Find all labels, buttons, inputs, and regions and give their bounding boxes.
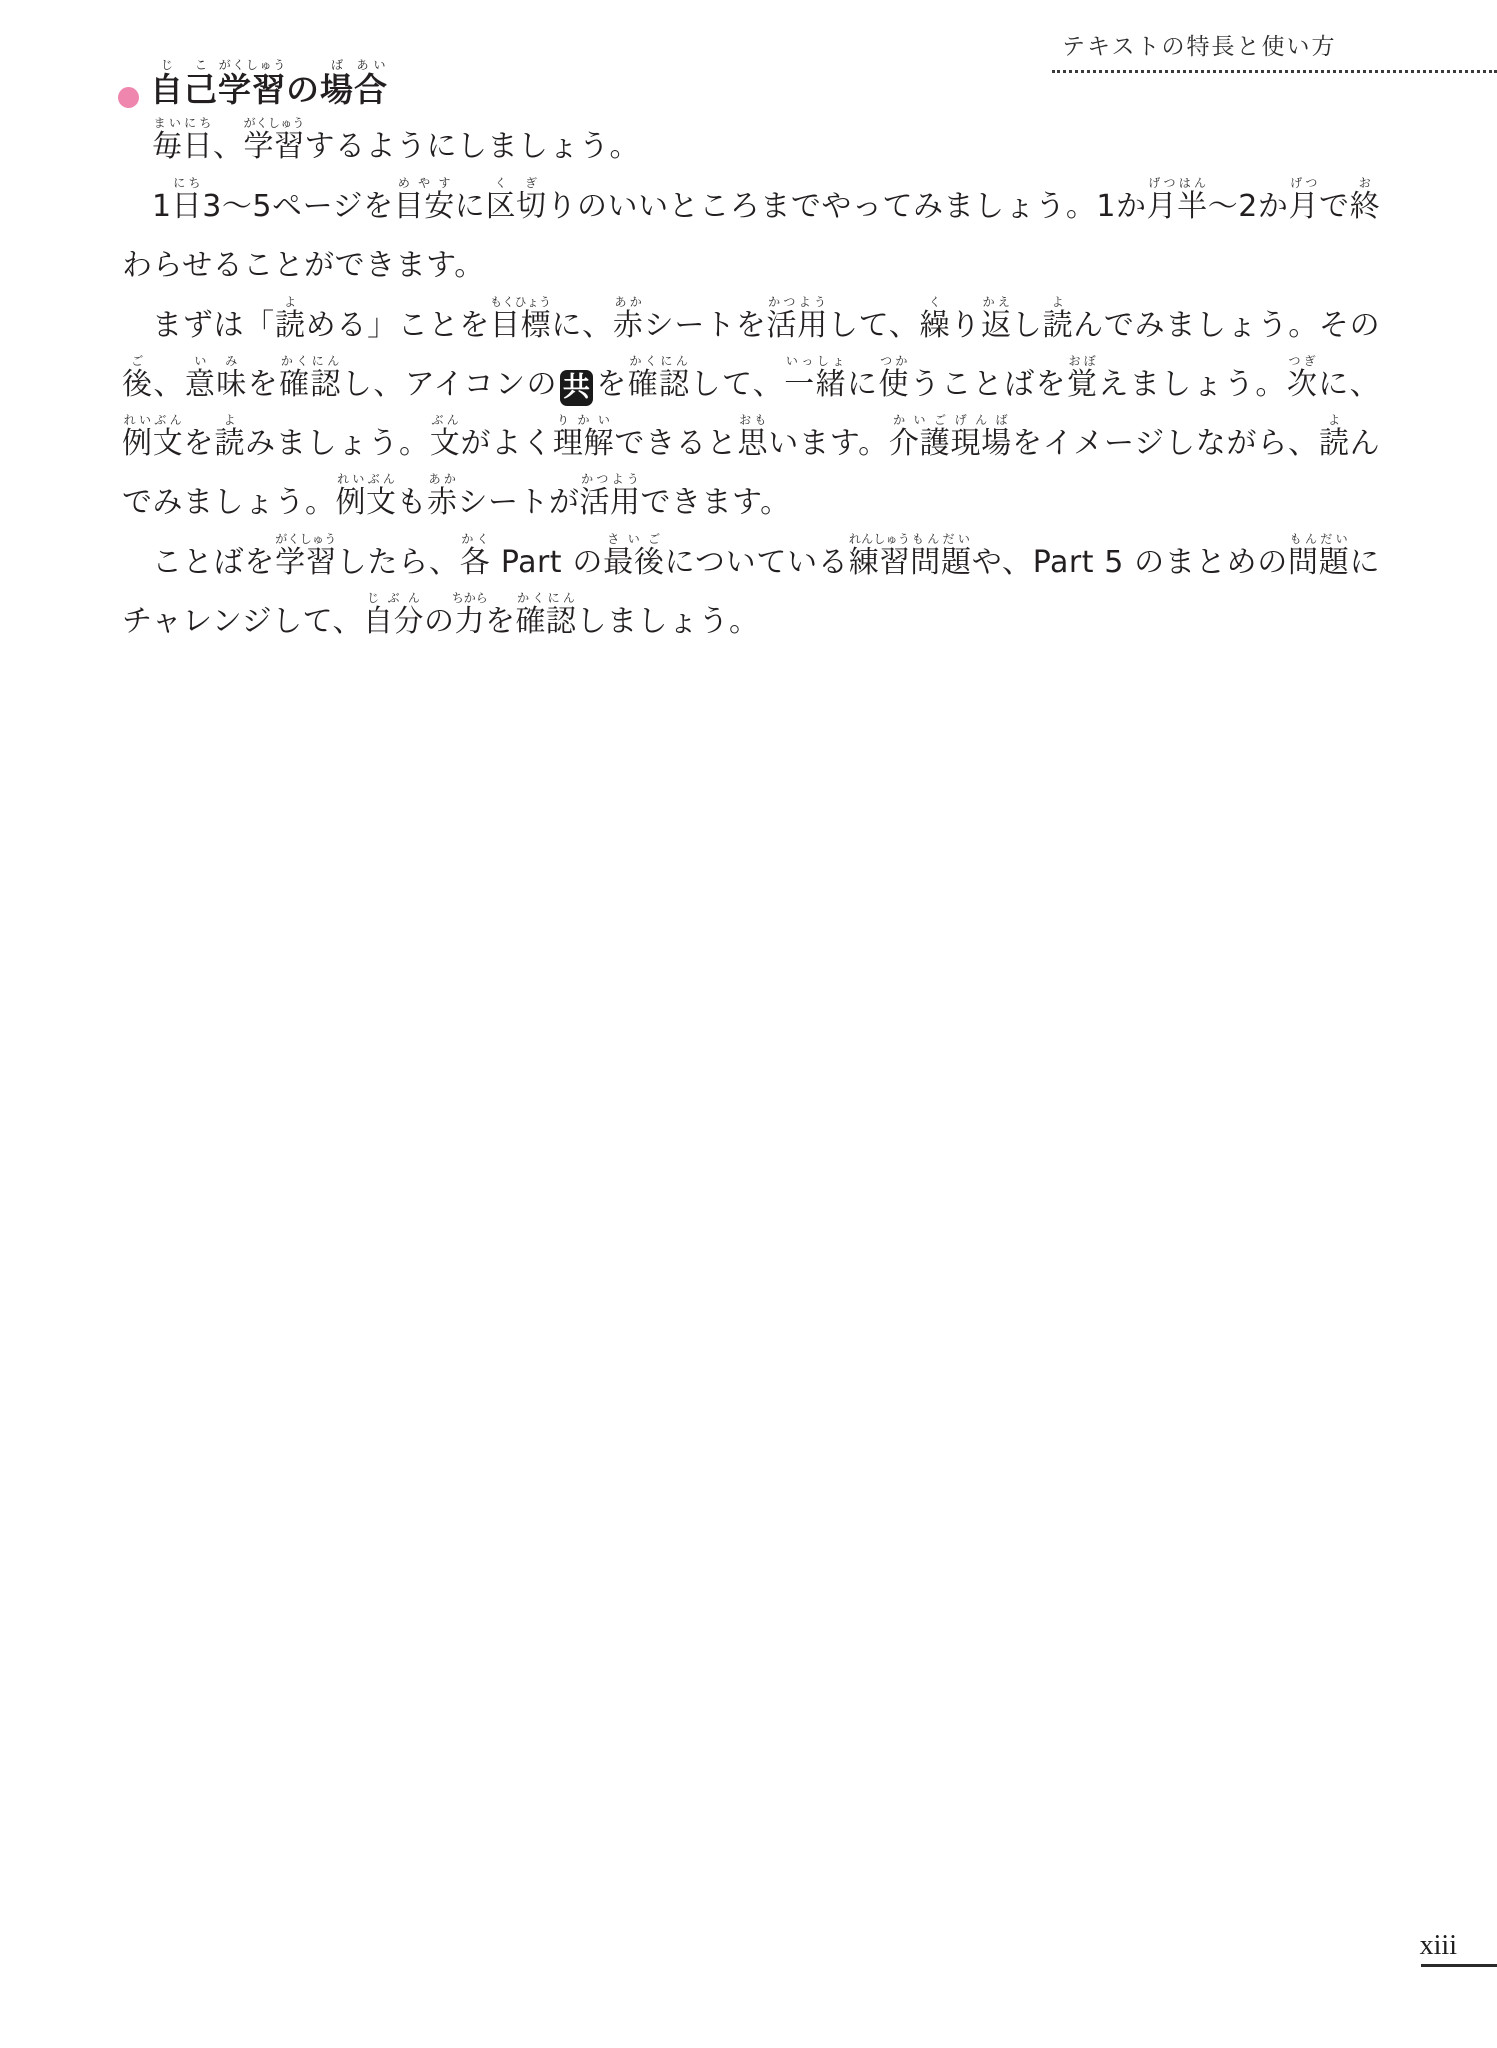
- paragraph: 毎日まいにち、学習がくしゅうするようにしましょう。: [122, 116, 1380, 176]
- running-head-title: テキストの特長と使い方: [1052, 28, 1497, 61]
- paragraph: まずは「読よめる」ことを目標もくひょうに、赤あかシートを活用かつようして、繰くり…: [122, 295, 1380, 532]
- kyou-shared-word-icon: 共: [560, 370, 594, 406]
- page-number: xiii: [1420, 1930, 1457, 1962]
- running-head: テキストの特長と使い方: [1052, 28, 1497, 73]
- pink-bullet-icon: [118, 87, 139, 108]
- section-heading: 自じ己こ学習がくしゅうの場ば合あい: [118, 58, 388, 117]
- body-content: 毎日まいにち、学習がくしゅうするようにしましょう。 1日にち3〜5ページを目安め…: [122, 116, 1380, 651]
- folio-rule: [1421, 1964, 1497, 1967]
- section-heading-text: 自じ己こ学習がくしゅうの場ば合あい: [150, 58, 388, 117]
- paragraph: ことばを学習がくしゅうしたら、各かく Part の最後さいごについている練習れん…: [122, 532, 1380, 651]
- textbook-page: テキストの特長と使い方 自じ己こ学習がくしゅうの場ば合あい 毎日まいにち、学習が…: [0, 0, 1497, 2048]
- paragraph: 1日にち3〜5ページを目安めやすに区切くぎりのいいところまでやってみましょう。1…: [122, 176, 1380, 295]
- dotted-rule: [1052, 70, 1497, 73]
